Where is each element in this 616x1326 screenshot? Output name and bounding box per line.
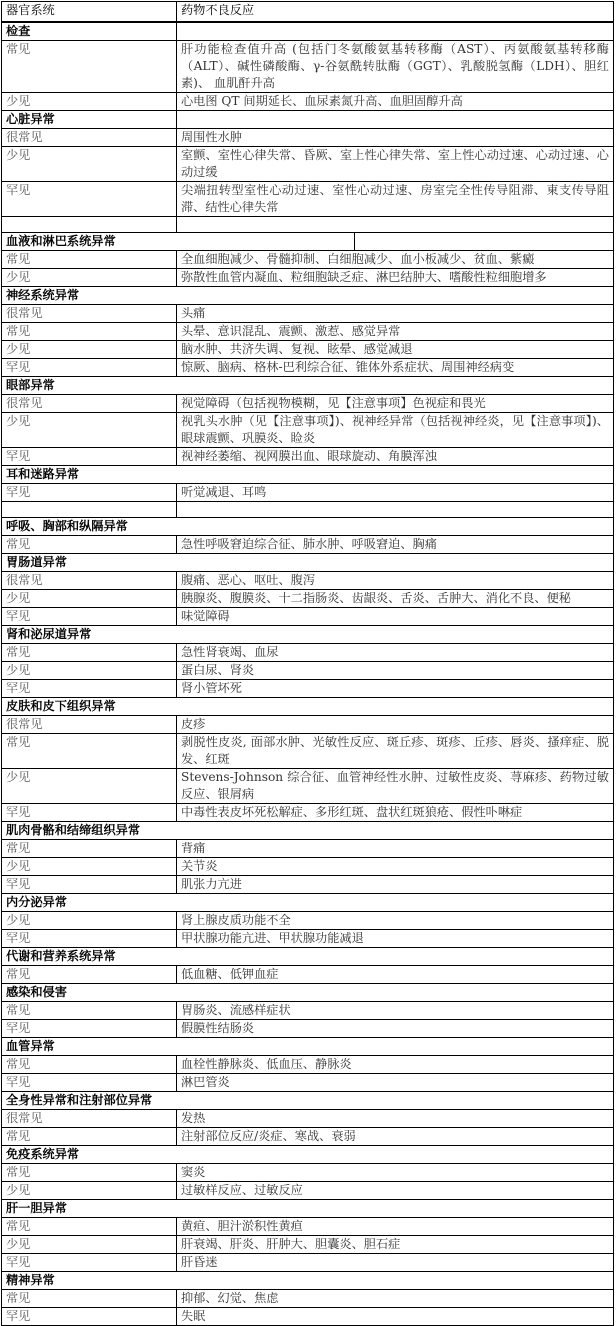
reaction-cell: 皮疹 — [177, 716, 614, 734]
section-header-row: 肌肉骨骼和结缔组织异常 — [2, 822, 614, 840]
table-body: 器官系统 药物不良反应 检查常见肝功能检查值升高 (包括门冬氨酸氨基转移酶（AS… — [2, 2, 614, 1296]
header-organ-system: 器官系统 — [2, 2, 177, 23]
table-row: 常见头晕、意识混乱、震颤、激惹、感觉异常 — [2, 323, 614, 341]
frequency-cell: 常见 — [2, 1128, 177, 1146]
frequency-cell — [2, 502, 177, 518]
section-header-row: 血液和淋巴系统异常 — [2, 233, 614, 251]
frequency-cell: 常见 — [2, 840, 177, 858]
section-title: 皮肤和皮下组织异常 — [2, 698, 614, 716]
reaction-cell: 剥脱性皮炎, 面部水肿、光敏性反应、斑丘疹、斑疹、丘疹、唇炎、搔痒症、脱发、红斑 — [177, 734, 614, 769]
reaction-cell: 窦炎 — [177, 1164, 614, 1182]
reaction-cell: 低血糖、低钾血症 — [177, 966, 614, 984]
adverse-reactions-table: 器官系统 药物不良反应 检查常见肝功能检查值升高 (包括门冬氨酸氨基转移酶（AS… — [1, 1, 614, 1295]
section-header-row: 全身性异常和注射部位异常 — [2, 1092, 614, 1110]
frequency-cell: 罕见 — [2, 1020, 177, 1038]
frequency-cell: 少见 — [2, 590, 177, 608]
section-empty-cell — [177, 22, 614, 41]
frequency-cell: 常见 — [2, 734, 177, 769]
table-row: 常见注射部位反应/炎症、寒战、衰弱 — [2, 1128, 614, 1146]
section-title: 精神异常 — [2, 1272, 614, 1290]
section-title: 血管异常 — [2, 1038, 614, 1056]
section-header-row: 血管异常 — [2, 1038, 614, 1056]
table-row: 罕见味觉障碍 — [2, 608, 614, 626]
reaction-cell: Stevens-Johnson 综合征、血管神经性水肿、过敏性皮炎、荨麻疹、药物… — [177, 769, 614, 804]
reaction-cell: 假膜性结肠炎 — [177, 1020, 614, 1038]
section-title: 肝一胆异常 — [2, 1200, 614, 1218]
section-title: 血液和淋巴系统异常 — [2, 233, 355, 250]
section-title: 眼部异常 — [2, 377, 614, 395]
section-header-row: 呼吸、胸部和纵隔异常 — [2, 518, 614, 536]
section-title: 肾和泌尿道异常 — [2, 626, 614, 644]
section-header-row: 检查 — [2, 22, 614, 41]
reaction-cell: 中毒性表皮坏死松解症、多形红斑、盘状红斑狼疮、假性卟啉症 — [177, 804, 614, 822]
section-header-row: 肾和泌尿道异常 — [2, 626, 614, 644]
reaction-cell: 淋巴管炎 — [177, 1074, 614, 1092]
reaction-cell: 肝衰竭、肝炎、肝肿大、胆囊炎、胆石症 — [177, 1236, 614, 1254]
reaction-cell: 头晕、意识混乱、震颤、激惹、感觉异常 — [177, 323, 614, 341]
frequency-cell: 罕见 — [2, 484, 177, 502]
reaction-cell: 弥散性血管内凝血、粒细胞缺乏症、淋巴结肿大、嗜酸性粒细胞增多 — [177, 269, 614, 287]
reaction-cell: 肝功能检查值升高 (包括门冬氨酸氨基转移酶（AST）、丙氨酸氨基转移酶（ALT）… — [177, 41, 614, 93]
table-row: 少见弥散性血管内凝血、粒细胞缺乏症、淋巴结肿大、嗜酸性粒细胞增多 — [2, 269, 614, 287]
table-row: 常见剥脱性皮炎, 面部水肿、光敏性反应、斑丘疹、斑疹、丘疹、唇炎、搔痒症、脱发、… — [2, 734, 614, 769]
section-title: 内分泌异常 — [2, 894, 614, 912]
table-row: 少见脑水肿、共济失调、复视、眩晕、感觉减退 — [2, 341, 614, 359]
reaction-cell — [177, 502, 614, 518]
table-row: 罕见肾小管坏死 — [2, 680, 614, 698]
section-header-row: 皮肤和皮下组织异常 — [2, 698, 614, 716]
frequency-cell: 罕见 — [2, 1254, 177, 1272]
section-title: 检查 — [2, 22, 177, 41]
section-header-row: 代谢和营养系统异常 — [2, 948, 614, 966]
reaction-cell: 味觉障碍 — [177, 608, 614, 626]
table-row: 罕见假膜性结肠炎 — [2, 1020, 614, 1038]
frequency-cell: 罕见 — [2, 359, 177, 377]
reaction-cell: 蛋白尿、肾炎 — [177, 662, 614, 680]
reaction-cell — [177, 217, 614, 233]
table-row: 罕见肌张力亢进 — [2, 876, 614, 894]
frequency-cell: 少见 — [2, 858, 177, 876]
frequency-cell: 罕见 — [2, 182, 177, 217]
table-row: 很常见发热 — [2, 1110, 614, 1128]
frequency-cell: 罕见 — [2, 930, 177, 948]
table-row: 常见急性呼吸窘迫综合征、肺水肿、呼吸窘迫、胸痛 — [2, 536, 614, 554]
frequency-cell: 罕见 — [2, 448, 177, 466]
frequency-cell: 罕见 — [2, 1074, 177, 1092]
reaction-cell: 抑郁、幻觉、焦虑 — [177, 1290, 614, 1296]
table-row: 少见肝衰竭、肝炎、肝肿大、胆囊炎、胆石症 — [2, 1236, 614, 1254]
frequency-cell: 罕见 — [2, 608, 177, 626]
table-row: 少见视乳头水肿（见【注意事项】)、视神经异常（包括视神经炎，见【注意事项】)、眼… — [2, 413, 614, 448]
frequency-cell: 少见 — [2, 769, 177, 804]
table-row: 常见胃肠炎、流感样症状 — [2, 1002, 614, 1020]
section-title: 全身性异常和注射部位异常 — [2, 1092, 614, 1110]
section-header-row: 内分泌异常 — [2, 894, 614, 912]
reaction-cell: 视乳头水肿（见【注意事项】)、视神经异常（包括视神经炎，见【注意事项】)、眼球震… — [177, 413, 614, 448]
frequency-cell: 很常见 — [2, 716, 177, 734]
table-row: 罕见听觉减退、耳鸣 — [2, 484, 614, 502]
table-row: 常见急性肾衰竭、血尿 — [2, 644, 614, 662]
table-row: 常见抑郁、幻觉、焦虑 — [2, 1290, 614, 1296]
table-row: 常见血栓性静脉炎、低血压、静脉炎 — [2, 1056, 614, 1074]
reaction-cell: 背痛 — [177, 840, 614, 858]
section-empty-cell — [177, 111, 614, 129]
section-title: 呼吸、胸部和纵隔异常 — [2, 518, 614, 536]
section-title: 耳和迷路异常 — [2, 466, 614, 484]
frequency-cell: 很常见 — [2, 305, 177, 323]
reaction-cell: 发热 — [177, 1110, 614, 1128]
frequency-cell: 罕见 — [2, 876, 177, 894]
reaction-cell: 听觉减退、耳鸣 — [177, 484, 614, 502]
table-row: 少见蛋白尿、肾炎 — [2, 662, 614, 680]
table-row: 罕见肝昏迷 — [2, 1254, 614, 1272]
frequency-cell: 常见 — [2, 1290, 177, 1296]
table-row: 少见肾上腺皮质功能不全 — [2, 912, 614, 930]
frequency-cell: 少见 — [2, 269, 177, 287]
reaction-cell: 头痛 — [177, 305, 614, 323]
section-title: 肌肉骨骼和结缔组织异常 — [2, 822, 614, 840]
reaction-cell: 急性呼吸窘迫综合征、肺水肿、呼吸窘迫、胸痛 — [177, 536, 614, 554]
section-header-row: 免疫系统异常 — [2, 1146, 614, 1164]
frequency-cell: 少见 — [2, 147, 177, 182]
blank-row — [2, 502, 614, 518]
table-row: 少见关节炎 — [2, 858, 614, 876]
reaction-cell: 周围性水肿 — [177, 129, 614, 147]
table-row: 常见肝功能检查值升高 (包括门冬氨酸氨基转移酶（AST）、丙氨酸氨基转移酶（AL… — [2, 41, 614, 93]
section-header-row: 精神异常 — [2, 1272, 614, 1290]
frequency-cell: 常见 — [2, 323, 177, 341]
section-header-row: 感染和侵害 — [2, 984, 614, 1002]
reaction-cell: 肌张力亢进 — [177, 876, 614, 894]
table-row: 罕见视神经萎缩、视网膜出血、眼球旋动、角膜浑浊 — [2, 448, 614, 466]
section-empty-cell — [355, 233, 613, 250]
table-row: 常见全血细胞减少、骨髓抑制、白细胞减少、血小板减少、贫血、紫癜 — [2, 251, 614, 269]
frequency-cell: 常见 — [2, 644, 177, 662]
table-row: 少见心电图 QT 间期延长、血尿素氮升高、血胆固醇升高 — [2, 93, 614, 111]
table-row: 罕见淋巴管炎 — [2, 1074, 614, 1092]
table-row: 少见过敏样反应、过敏反应 — [2, 1182, 614, 1200]
reaction-cell: 肾小管坏死 — [177, 680, 614, 698]
reaction-cell: 黄疸、胆汁淤积性黄疸 — [177, 1218, 614, 1236]
table-row: 罕见尖端扭转型室性心动过速、室性心动过速、房室完全性传导阻滞、東支传导阻滞、结性… — [2, 182, 614, 217]
frequency-cell: 少见 — [2, 662, 177, 680]
frequency-cell: 很常见 — [2, 129, 177, 147]
header-adverse-reactions: 药物不良反应 — [177, 2, 614, 23]
reaction-cell: 腹痛、恶心、呕吐、腹泻 — [177, 572, 614, 590]
frequency-cell: 常见 — [2, 966, 177, 984]
section-header-row: 眼部异常 — [2, 377, 614, 395]
section-title: 感染和侵害 — [2, 984, 614, 1002]
frequency-cell: 常见 — [2, 1056, 177, 1074]
reaction-cell: 胰腺炎、腹膜炎、十二指肠炎、齿龈炎、舌炎、舌肿大、消化不良、便秘 — [177, 590, 614, 608]
reaction-cell: 视神经萎缩、视网膜出血、眼球旋动、角膜浑浊 — [177, 448, 614, 466]
table-row: 罕见甲状腺功能亢进、甲状腺功能减退 — [2, 930, 614, 948]
reaction-cell: 胃肠炎、流感样症状 — [177, 1002, 614, 1020]
reaction-cell: 心电图 QT 间期延长、血尿素氮升高、血胆固醇升高 — [177, 93, 614, 111]
frequency-cell: 常见 — [2, 1218, 177, 1236]
reaction-cell: 注射部位反应/炎症、寒战、衰弱 — [177, 1128, 614, 1146]
section-header-row: 神经系统异常 — [2, 287, 614, 305]
section-header-row: 耳和迷路异常 — [2, 466, 614, 484]
reaction-cell: 脑水肿、共济失调、复视、眩晕、感觉减退 — [177, 341, 614, 359]
reaction-cell: 过敏样反应、过敏反应 — [177, 1182, 614, 1200]
reaction-cell: 甲状腺功能亢进、甲状腺功能减退 — [177, 930, 614, 948]
frequency-cell: 常见 — [2, 536, 177, 554]
section-title: 代谢和营养系统异常 — [2, 948, 614, 966]
reaction-cell: 室颤、室性心律失常、昏厥、室上性心律失常、室上性心动过速、心动过速、心动过缓 — [177, 147, 614, 182]
section-cell: 血液和淋巴系统异常 — [2, 233, 614, 251]
reaction-cell: 血栓性静脉炎、低血压、静脉炎 — [177, 1056, 614, 1074]
frequency-cell: 少见 — [2, 1236, 177, 1254]
section-header-row: 心脏异常 — [2, 111, 614, 129]
table-header-row: 器官系统 药物不良反应 — [2, 2, 614, 23]
table-row: 常见窦炎 — [2, 1164, 614, 1182]
frequency-cell — [2, 217, 177, 233]
table-row: 常见低血糖、低钾血症 — [2, 966, 614, 984]
section-title: 免疫系统异常 — [2, 1146, 614, 1164]
table-row: 很常见视觉障碍（包括视物模糊，见【注意事项】色视症和畏光 — [2, 395, 614, 413]
frequency-cell: 常见 — [2, 41, 177, 93]
reaction-cell: 惊厥、脑病、格林-巴利综合征、锥体外系症状、周围神经病变 — [177, 359, 614, 377]
frequency-cell: 少见 — [2, 413, 177, 448]
reaction-cell: 关节炎 — [177, 858, 614, 876]
section-header-row: 肝一胆异常 — [2, 1200, 614, 1218]
table-row: 少见胰腺炎、腹膜炎、十二指肠炎、齿龈炎、舌炎、舌肿大、消化不良、便秘 — [2, 590, 614, 608]
frequency-cell: 常见 — [2, 1002, 177, 1020]
table-row: 少见室颤、室性心律失常、昏厥、室上性心律失常、室上性心动过速、心动过速、心动过缓 — [2, 147, 614, 182]
section-title: 心脏异常 — [2, 111, 177, 129]
table-row: 常见黄疸、胆汁淤积性黄疸 — [2, 1218, 614, 1236]
reaction-cell: 尖端扭转型室性心动过速、室性心动过速、房室完全性传导阻滞、東支传导阻滞、结性心律… — [177, 182, 614, 217]
frequency-cell: 少见 — [2, 912, 177, 930]
frequency-cell: 很常见 — [2, 395, 177, 413]
frequency-cell: 少见 — [2, 1182, 177, 1200]
frequency-cell: 常见 — [2, 1164, 177, 1182]
section-title: 神经系统异常 — [2, 287, 614, 305]
reaction-cell: 视觉障碍（包括视物模糊，见【注意事项】色视症和畏光 — [177, 395, 614, 413]
frequency-cell: 少见 — [2, 93, 177, 111]
frequency-cell: 常见 — [2, 251, 177, 269]
reaction-cell: 肝昏迷 — [177, 1254, 614, 1272]
section-header-row: 胃肠道异常 — [2, 554, 614, 572]
frequency-cell: 罕见 — [2, 804, 177, 822]
table-row: 常见背痛 — [2, 840, 614, 858]
table-row: 少见Stevens-Johnson 综合征、血管神经性水肿、过敏性皮炎、荨麻疹、… — [2, 769, 614, 804]
table-row: 罕见惊厥、脑病、格林-巴利综合征、锥体外系症状、周围神经病变 — [2, 359, 614, 377]
table-row: 很常见皮疹 — [2, 716, 614, 734]
reaction-cell: 急性肾衰竭、血尿 — [177, 644, 614, 662]
section-title: 胃肠道异常 — [2, 554, 614, 572]
table-row: 很常见腹痛、恶心、呕吐、腹泻 — [2, 572, 614, 590]
frequency-cell: 很常见 — [2, 572, 177, 590]
blank-row — [2, 217, 614, 233]
frequency-cell: 很常见 — [2, 1110, 177, 1128]
frequency-cell: 少见 — [2, 341, 177, 359]
frequency-cell: 罕见 — [2, 680, 177, 698]
reaction-cell: 肾上腺皮质功能不全 — [177, 912, 614, 930]
table-row: 很常见周围性水肿 — [2, 129, 614, 147]
reaction-cell: 全血细胞减少、骨髓抑制、白细胞减少、血小板减少、贫血、紫癜 — [177, 251, 614, 269]
table-row: 很常见头痛 — [2, 305, 614, 323]
table-row: 罕见中毒性表皮坏死松解症、多形红斑、盘状红斑狼疮、假性卟啉症 — [2, 804, 614, 822]
